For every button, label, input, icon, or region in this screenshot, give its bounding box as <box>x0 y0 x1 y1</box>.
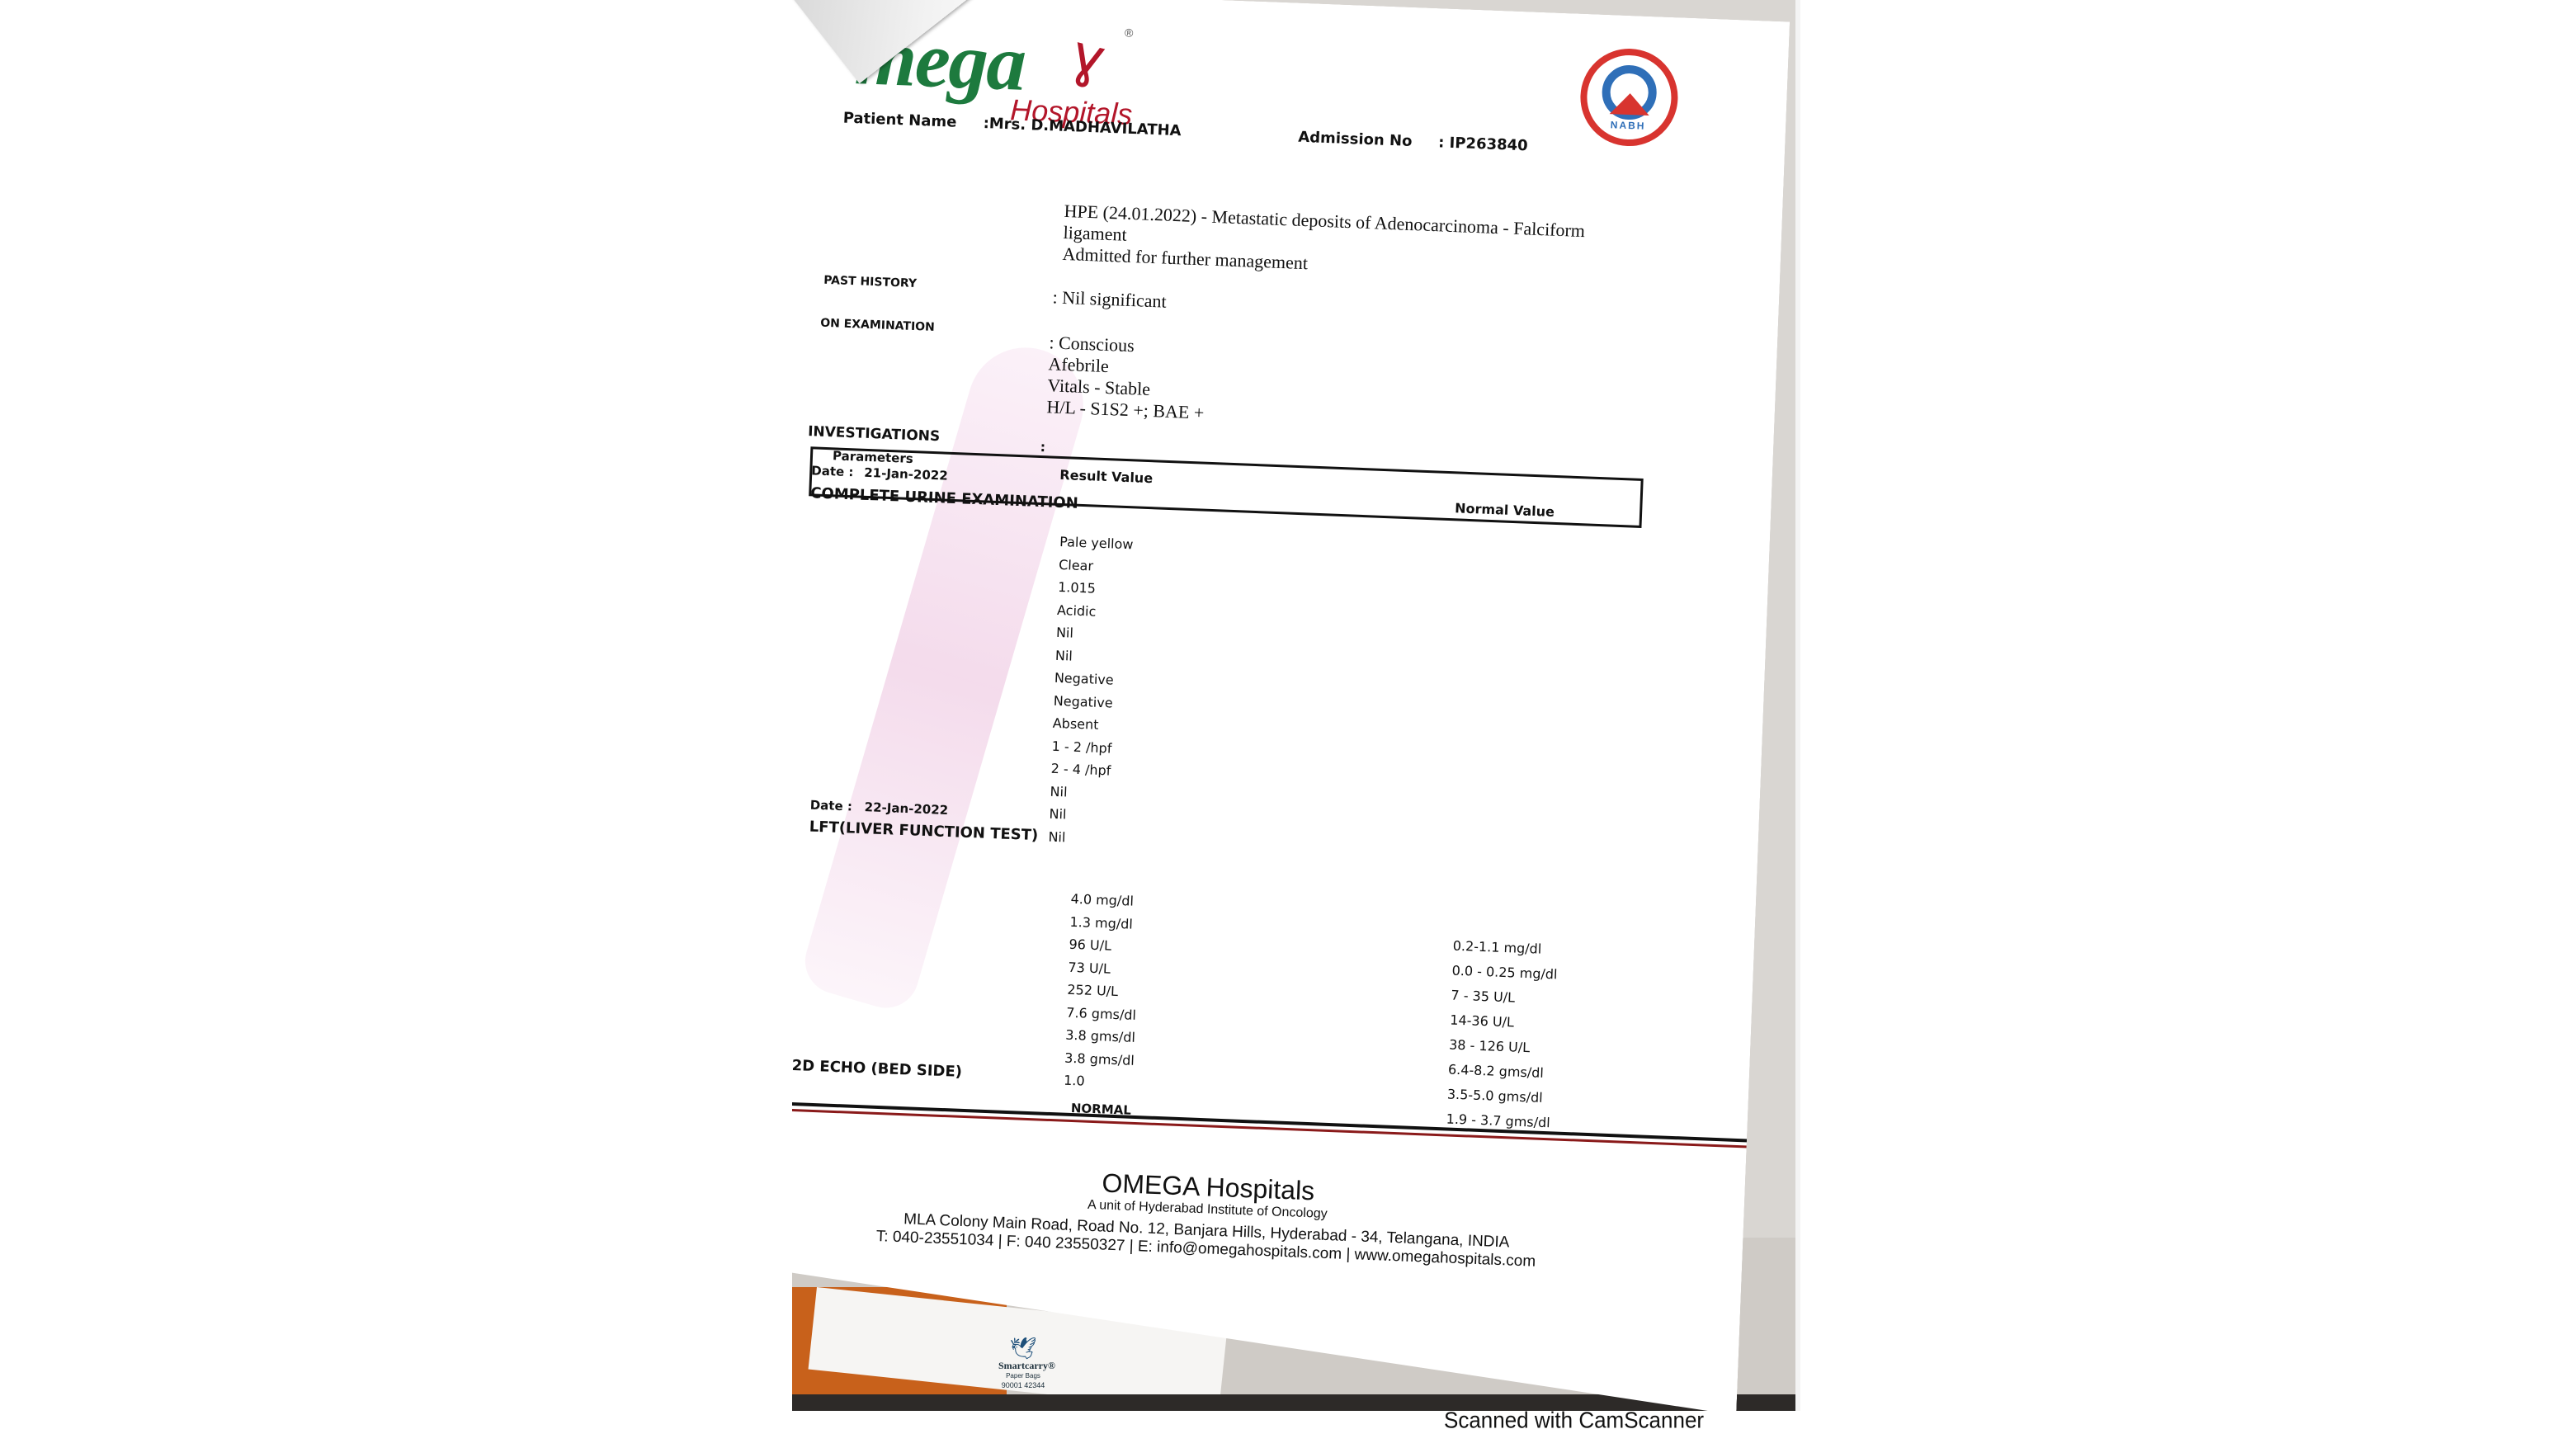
lft-date-label: Date : <box>809 798 852 814</box>
urine-date: 21-Jan-2022 <box>864 465 948 483</box>
urine-date-label: Date : <box>811 463 854 479</box>
past-history-value: : Nil significant <box>1052 286 1167 312</box>
bag-brand-label: 🕊 Smartcarry® Paper Bags 90001 42344 <box>998 1337 1048 1403</box>
investigations-colon: : <box>1040 439 1045 455</box>
echo-title: 2D ECHO (BED SIDE) <box>792 1057 962 1081</box>
lft-normal-values-list: 0.2-1.1 mg/dl 0.0 - 0.25 mg/dl 7 - 35 U/… <box>1446 934 1559 1136</box>
urine-results-list: Pale yellow Clear 1.015 Acidic Nil Nil N… <box>1048 531 1134 851</box>
hospital-footer: OMEGA Hospitals A unit of Hyderabad Inst… <box>793 1156 1621 1274</box>
bird-logo-icon: 🕊 <box>998 1337 1048 1360</box>
diagnosis-text: HPE (24.01.2022) - Metastatic deposits o… <box>1062 200 1585 285</box>
admission-number-label: Admission No <box>1298 129 1413 150</box>
discharge-document-page: mega ɣ ® Hospitals NABH Patient Name :Mr… <box>792 0 1790 1411</box>
nabh-triangle-icon <box>1610 92 1650 116</box>
lft-results-list: 4.0 mg/dl 1.3 mg/dl 96 U/L 73 U/L 252 U/… <box>1064 888 1141 1095</box>
scanned-photo: 🕊 Smartcarry® Paper Bags 90001 42344 meg… <box>792 0 1795 1411</box>
header-normal-value: Normal Value <box>1455 500 1555 520</box>
patient-name-value: :Mrs. D.MADHAVILATHA <box>983 115 1182 139</box>
camscanner-watermark: Scanned with CamScanner <box>1444 1407 1704 1434</box>
on-examination-values: : Conscious Afebrile Vitals - Stable H/L… <box>1046 332 1207 423</box>
footer-divider-red <box>792 1107 1795 1151</box>
admission-number-value: : IP263840 <box>1438 134 1528 154</box>
on-examination-label: ON EXAMINATION <box>820 317 935 334</box>
scan-right-edge <box>1795 0 1800 1411</box>
lft-date: 22-Jan-2022 <box>864 799 948 818</box>
header-result-value: Result Value <box>1059 467 1153 486</box>
header-parameters: Parameters <box>833 448 913 466</box>
past-history-label: PAST HISTORY <box>823 274 917 290</box>
footer-divider-black <box>792 1101 1795 1145</box>
investigations-label: INVESTIGATIONS <box>808 423 941 445</box>
patient-name-label: Patient Name <box>842 109 956 130</box>
nabh-accreditation-badge: NABH <box>1578 47 1679 148</box>
runner-figure-icon: ɣ <box>1067 21 1111 92</box>
